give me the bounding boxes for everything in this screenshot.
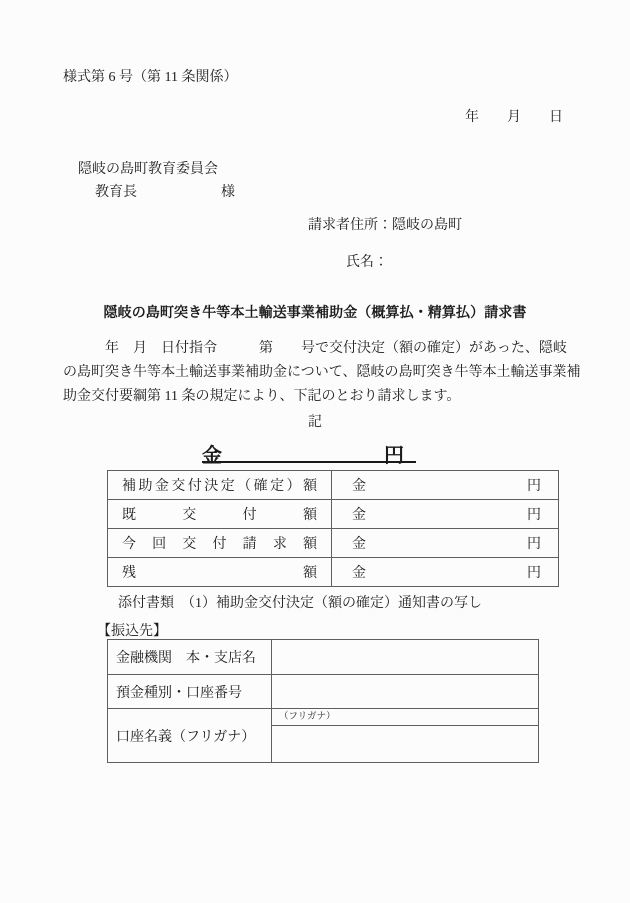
document-title: 隠岐の島町突き牛等本土輸送事業補助金（概算払・精算払）請求書 [0,302,630,322]
transfer-row-label-account-number: 預金種別・口座番号 [108,675,272,709]
transfer-row-label-account-holder: 口座名義（フリガナ） [108,709,272,763]
currency-suffix: 円 [527,562,541,582]
amount-row-value-already-paid: 金 円 [332,500,559,529]
account-holder-blank [272,726,538,736]
amount-row-label-decided: 補助金交付決定（確定）額 [108,471,332,500]
table-row: 金融機関 本・支店名 [108,640,539,675]
table-row: 残額 金 円 [108,558,559,587]
currency-prefix: 金 [352,504,366,524]
amount-headline-suffix: 円 [384,439,404,468]
currency-suffix: 円 [527,504,541,524]
form-number: 様式第 6 号（第 11 条関係） [63,66,237,86]
amount-row-value-current-request: 金 円 [332,529,559,558]
table-row: 預金種別・口座番号 [108,675,539,709]
addressee-honorific: 様 [221,181,235,201]
addressee-position: 教育長 [95,181,137,201]
table-row: 今回交付請求額 金 円 [108,529,559,558]
currency-prefix: 金 [352,533,366,553]
transfer-row-value-account-number [272,675,539,709]
amount-row-value-decided: 金 円 [332,471,559,500]
transfer-row-label-bank: 金融機関 本・支店名 [108,640,272,675]
requester-name-label: 氏名： [346,251,388,271]
addressee-organization: 隠岐の島町教育委員会 [78,158,218,178]
table-row: 既交付額 金 円 [108,500,559,529]
currency-suffix: 円 [527,533,541,553]
amount-table: 補助金交付決定（確定）額 金 円 既交付額 金 円 今回 [107,470,559,587]
body-line-3: 助金交付要綱第 11 条の規定により、下記のとおり請求します。 [63,385,573,409]
document-page: 様式第 6 号（第 11 条関係） 年 月 日 隠岐の島町教育委員会 教育長 様… [0,0,630,903]
table-row: 口座名義（フリガナ） （フリガナ） [108,709,539,763]
transfer-row-value-bank [272,640,539,675]
amount-row-label-remaining: 残額 [108,558,332,587]
amount-row-label-current-request: 今回交付請求額 [108,529,332,558]
amount-headline: 金 円 [202,439,416,463]
currency-prefix: 金 [352,562,366,582]
amount-headline-prefix: 金 [202,439,222,468]
amount-row-label-already-paid: 既交付額 [108,500,332,529]
amount-row-value-remaining: 金 円 [332,558,559,587]
body-line-1: 年 月 日付指令 第 号で交付決定（額の確定）があった、隠岐 [63,337,573,361]
body-line-2: の島町突き牛等本土輸送事業補助金について、隠岐の島町突き牛等本土輸送事業補 [63,361,573,385]
requester-address: 請求者住所：隠岐の島町 [308,214,462,234]
date-line: 年 月 日 [465,106,563,126]
currency-prefix: 金 [352,475,366,495]
attachment-note: 添付書類 （1）補助金交付決定（額の確定）通知書の写し [118,592,482,612]
transfer-row-value-account-holder: （フリガナ） [272,709,539,763]
table-row: 補助金交付決定（確定）額 金 円 [108,471,559,500]
furigana-label: （フリガナ） [272,709,538,726]
transfer-table: 金融機関 本・支店名 預金種別・口座番号 口座名義（フリガナ） （フリガナ） [107,639,539,763]
transfer-heading: 【振込先】 [97,620,167,640]
ki-label: 記 [0,411,630,431]
currency-suffix: 円 [527,475,541,495]
body-paragraph: 年 月 日付指令 第 号で交付決定（額の確定）があった、隠岐 の島町突き牛等本土… [63,337,573,409]
